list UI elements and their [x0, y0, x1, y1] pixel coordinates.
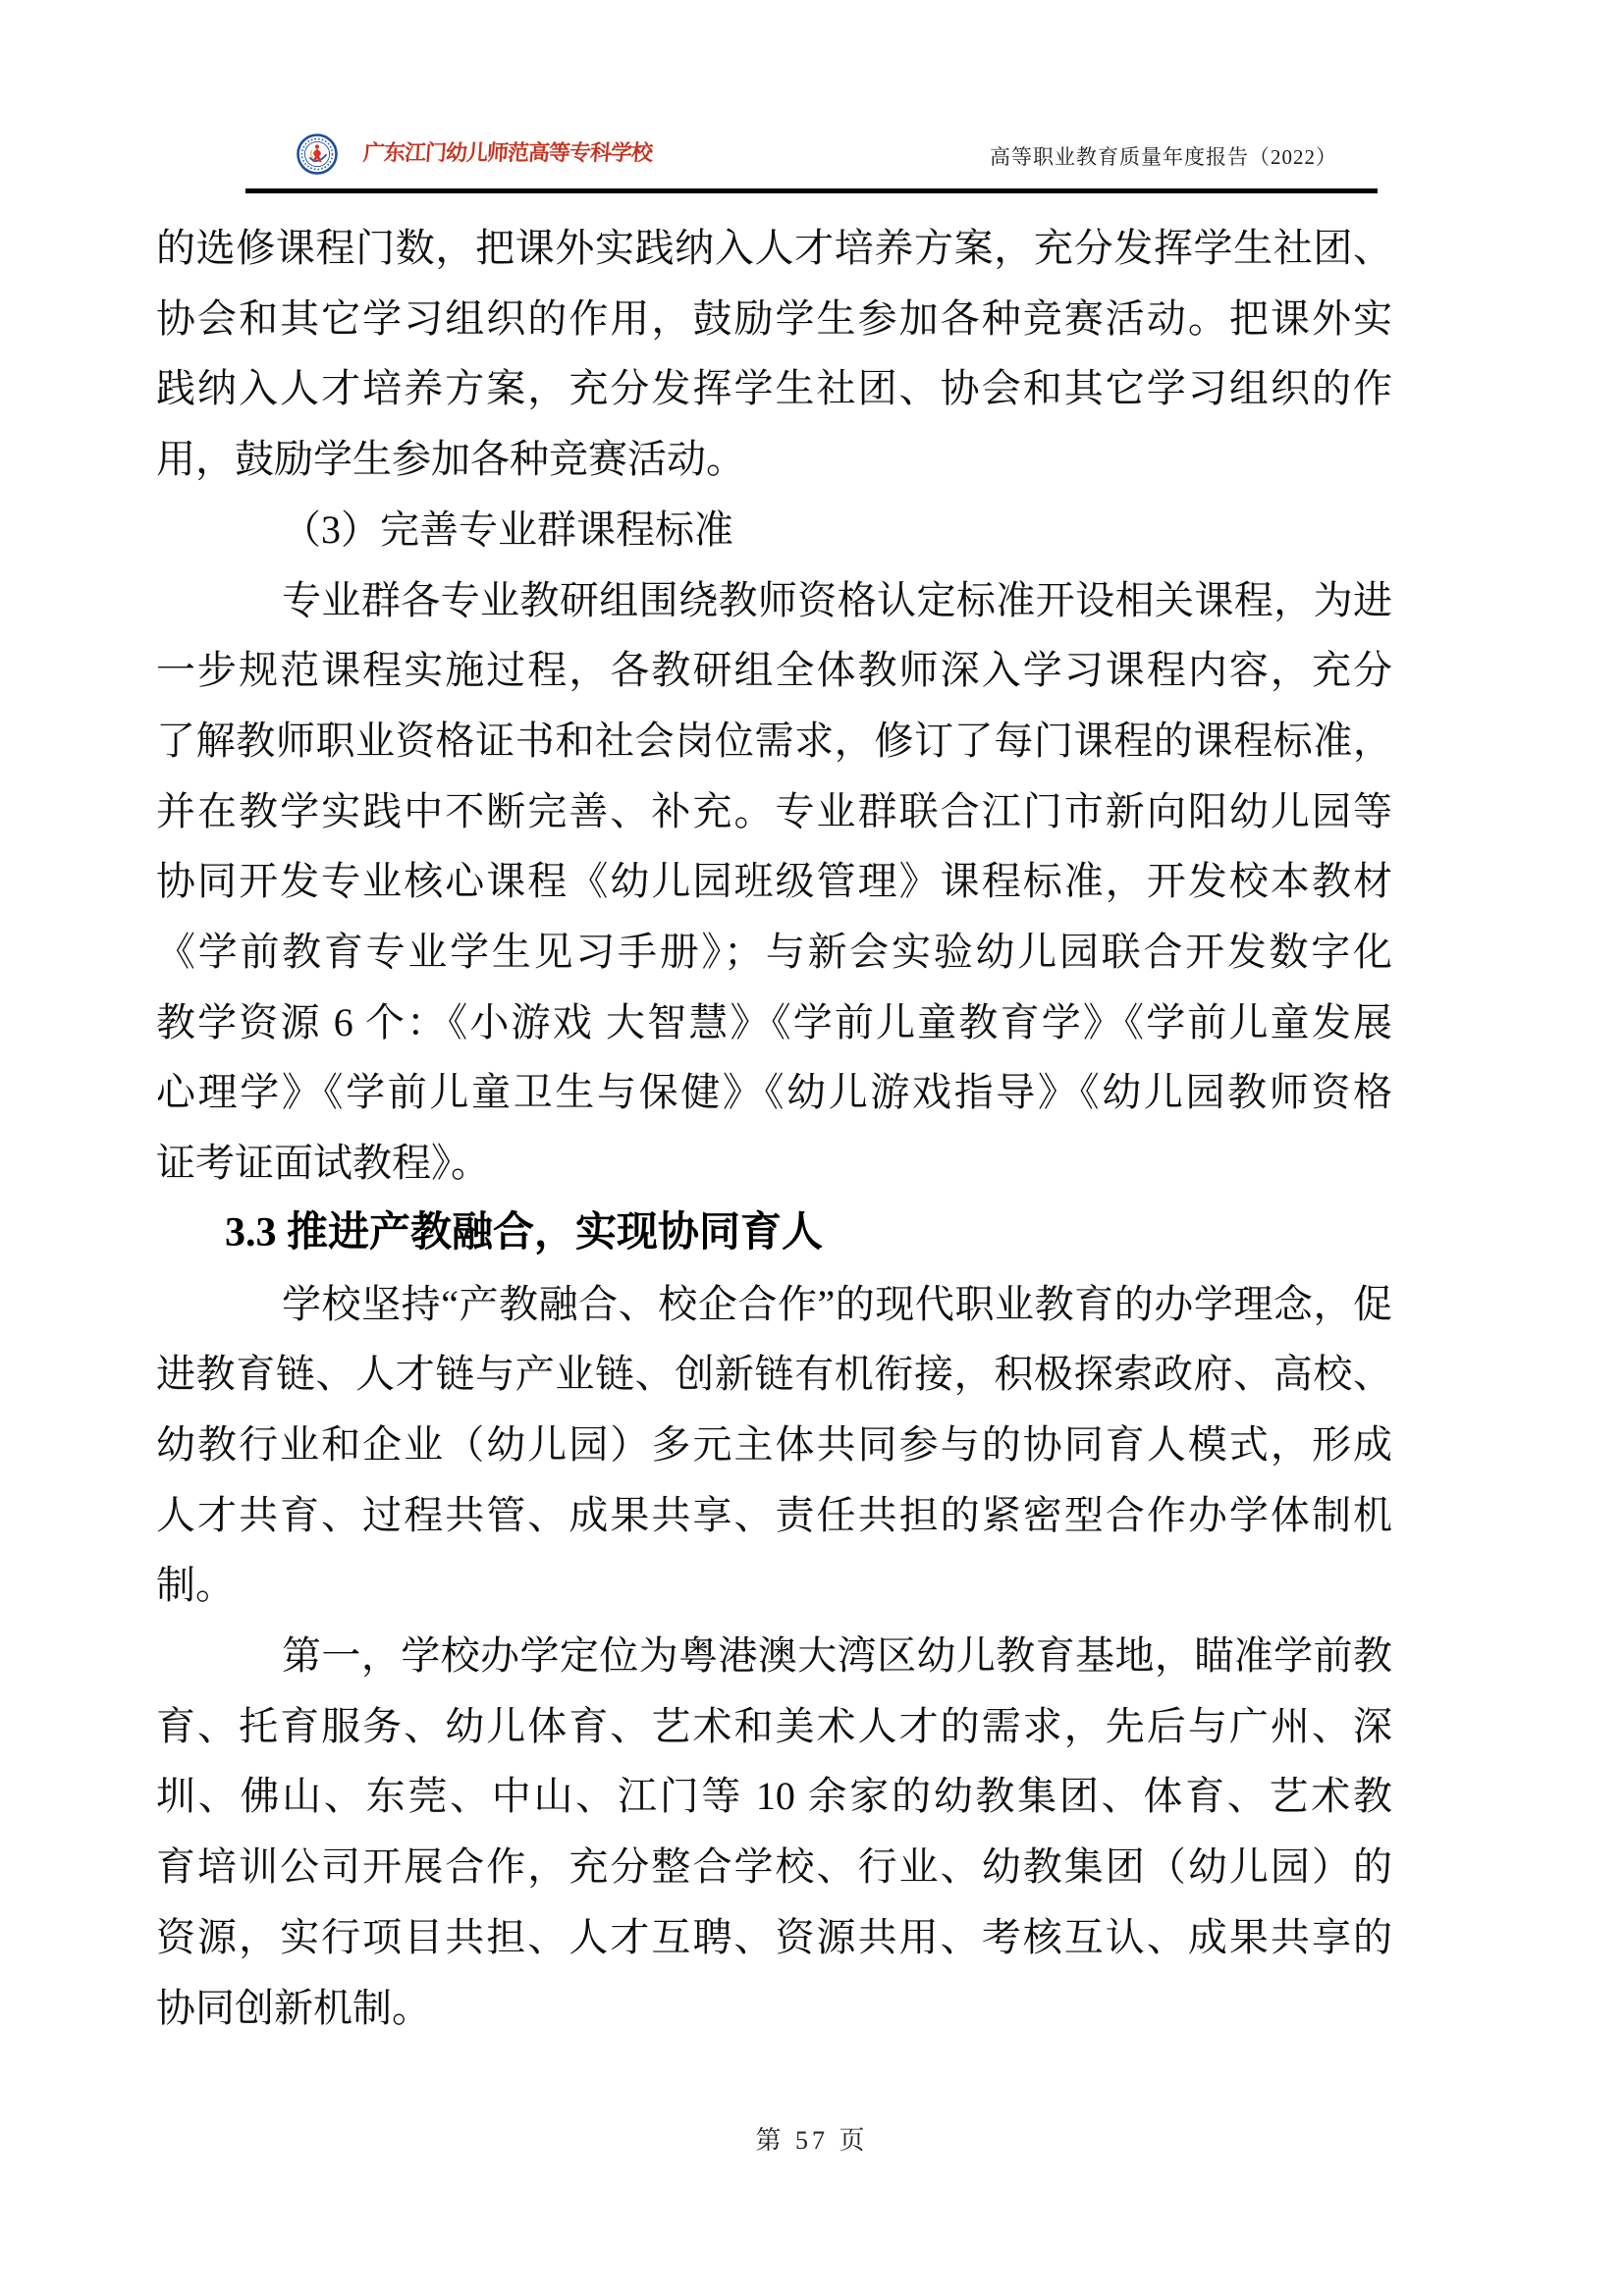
body-line: （3）完善专业群课程标准	[156, 495, 1392, 565]
body-line: 的选修课程门数，把课外实践纳入人才培养方案，充分发挥学生社团、	[156, 213, 1392, 284]
body-line: 践纳入人才培养方案，充分发挥学生社团、协会和其它学习组织的作	[156, 353, 1392, 424]
school-emblem-icon	[297, 133, 338, 176]
page-number-footer: 第 57 页	[0, 2120, 1624, 2157]
body-line: 《学前教育专业学生见习手册》；与新会实验幼儿园联合开发数字化	[156, 917, 1392, 988]
body-line: 育培训公司开展合作，充分整合学校、行业、幼教集团（幼儿园）的	[156, 1832, 1392, 1902]
body-line: 了解教师职业资格证书和社会岗位需求，修订了每门课程的课程标准，	[156, 706, 1392, 776]
body-line: 人才共育、过程共管、成果共享、责任共担的紧密型合作办学体制机	[156, 1480, 1392, 1551]
body-line: 协同创新机制。	[156, 1973, 1392, 2044]
body-line: 第一，学校办学定位为粤港澳大湾区幼儿教育基地，瞄准学前教	[156, 1621, 1392, 1691]
body-line: 一步规范课程实施过程，各教研组全体教师深入学习课程内容，充分	[156, 635, 1392, 706]
body-line: 专业群各专业教研组围绕教师资格认定标准开设相关课程，为进	[156, 565, 1392, 636]
report-title: 高等职业教育质量年度报告（2022）	[990, 143, 1337, 171]
body-line: 进教育链、人才链与产业链、创新链有机衔接，积极探索政府、高校、	[156, 1339, 1392, 1410]
body-line: 育、托育服务、幼儿体育、艺术和美术人才的需求，先后与广州、深	[156, 1691, 1392, 1762]
document-body: 的选修课程门数，把课外实践纳入人才培养方案，充分发挥学生社团、协会和其它学习组织…	[156, 213, 1392, 2043]
body-line: 圳、佛山、东莞、中山、江门等 10 余家的幼教集团、体育、艺术教	[156, 1761, 1392, 1832]
body-line: 用，鼓励学生参加各种竞赛活动。	[156, 424, 1392, 495]
body-line: 幼教行业和企业（幼儿园）多元主体共同参与的协同育人模式，形成	[156, 1410, 1392, 1480]
report-page: 广东江门幼儿师范高等专科学校 高等职业教育质量年度报告（2022） 的选修课程门…	[0, 0, 1624, 2296]
body-line: 协会和其它学习组织的作用，鼓励学生参加各种竞赛活动。把课外实	[156, 284, 1392, 354]
body-line: 并在教学实践中不断完善、补充。专业群联合江门市新向阳幼儿园等	[156, 776, 1392, 847]
header-rule	[245, 188, 1378, 193]
body-line: 制。	[156, 1550, 1392, 1621]
section-heading: 3.3 推进产教融合，实现协同育人	[156, 1199, 1392, 1269]
body-line: 资源，实行项目共担、人才互聘、资源共用、考核互认、成果共享的	[156, 1902, 1392, 1973]
body-line: 心理学》《学前儿童卫生与保健》《幼儿游戏指导》《幼儿园教师资格	[156, 1057, 1392, 1128]
body-line: 协同开发专业核心课程《幼儿园班级管理》课程标准，开发校本教材	[156, 846, 1392, 917]
body-line: 教学资源 6 个：《小游戏 大智慧》《学前儿童教育学》《学前儿童发展	[156, 988, 1392, 1058]
body-line: 学校坚持“产教融合、校企合作”的现代职业教育的办学理念，促	[156, 1269, 1392, 1340]
body-line: 证考证面试教程》。	[156, 1128, 1392, 1199]
school-name: 广东江门幼儿师范高等专科学校	[362, 136, 653, 170]
